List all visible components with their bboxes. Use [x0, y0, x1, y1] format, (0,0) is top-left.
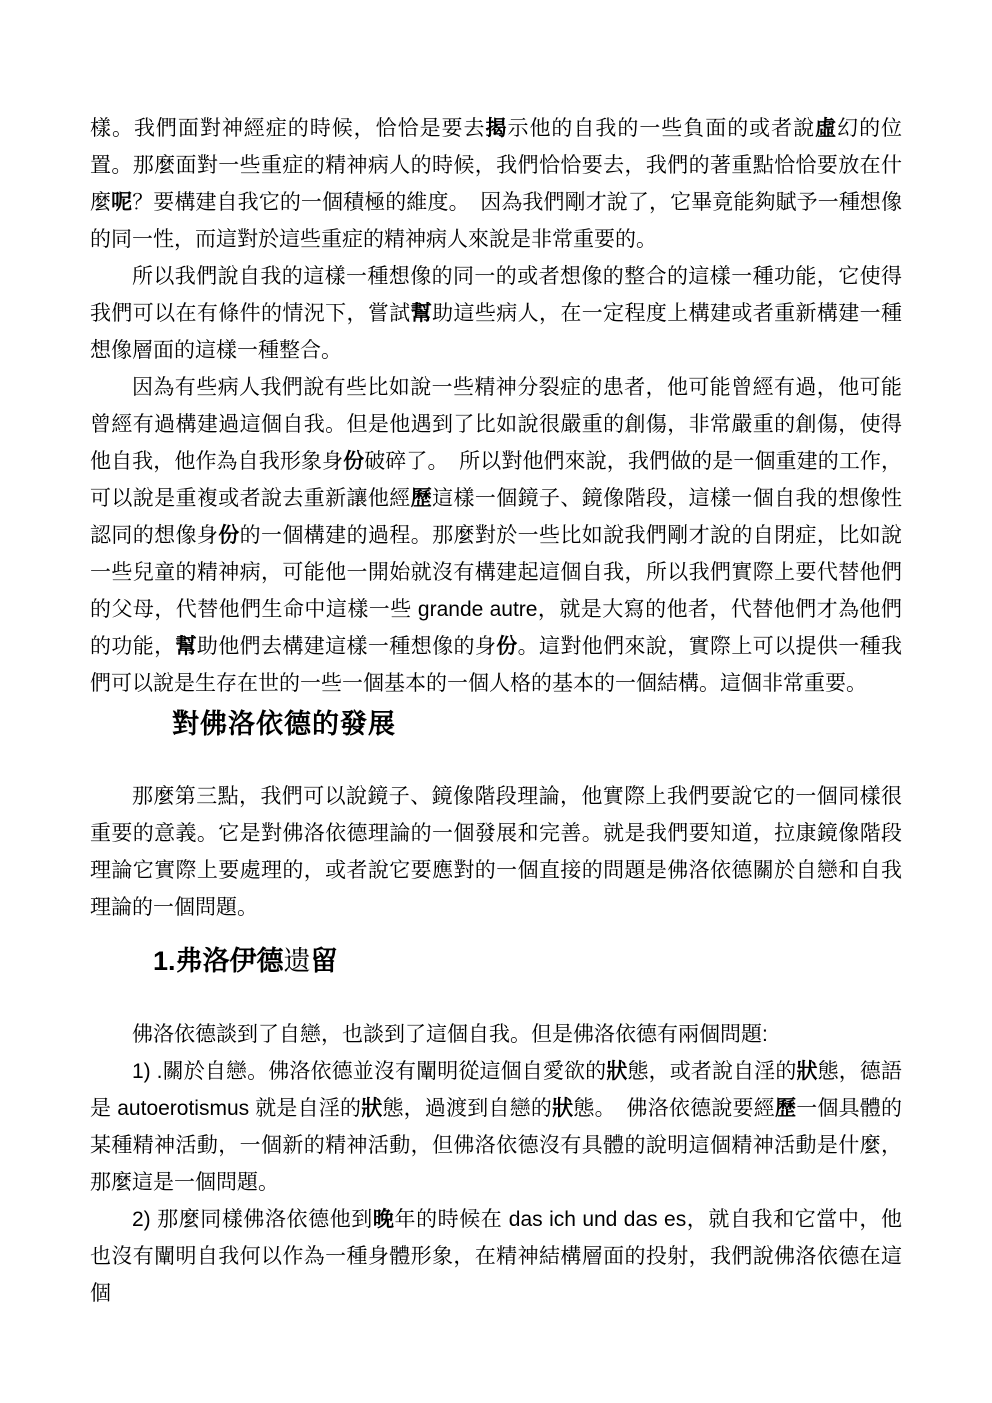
document-page: 樣。我們面對神經症的時候，恰恰是要去揭示他的自我的一些負面的或者說虛幻的位置。那…: [0, 0, 992, 1403]
text-run: 態，過渡到自戀的: [382, 1097, 552, 1120]
bold-text-run: 歷: [775, 1097, 796, 1120]
bold-text-run: 份: [218, 524, 239, 547]
text-run: 樣。我們面對神經症的時候，恰恰是要去: [90, 117, 486, 140]
text-run: 態，或者說自淫的: [627, 1060, 796, 1083]
bold-text-run: 狀: [552, 1097, 573, 1120]
paragraph: 那麼第三點，我們可以說鏡子、鏡像階段理論，他實際上我們要說它的一個同樣很重要的意…: [90, 778, 902, 926]
bold-text-run: 呢: [111, 191, 132, 214]
text-run: 遗: [284, 946, 311, 976]
text-run: 態。 佛洛依德說要經: [573, 1097, 775, 1120]
bold-text-run: 對佛洛依德的發展: [172, 709, 396, 739]
bold-text-run: 狀: [361, 1097, 382, 1120]
paragraph: 2) 那麼同樣佛洛依德他到晚年的時候在 das ich und das es，就…: [90, 1201, 902, 1312]
bold-text-run: 揭: [486, 117, 508, 140]
bold-text-run: 1.弗洛伊德: [153, 946, 284, 976]
text-run: 1) .關於自戀。佛洛依德並沒有闡明從這個自愛欲的: [132, 1060, 606, 1083]
paragraph: 所以我們說自我的這樣一種想像的同一的或者想像的整合的這樣一種功能，它使得我們可以…: [90, 258, 902, 369]
bold-text-run: 份: [343, 450, 364, 473]
bold-text-run: 份: [496, 635, 517, 658]
bold-text-run: 幫: [411, 302, 432, 325]
text-run: 那麼第三點，我們可以說鏡子、鏡像階段理論，他實際上我們要說它的一個同樣很重要的意…: [90, 785, 902, 919]
text-run: 佛洛依德談到了自戀，也談到了這個自我。但是佛洛依德有兩個問題:: [132, 1023, 768, 1046]
section-heading: 對佛洛依德的發展: [172, 702, 902, 746]
text-run: 示他的自我的一些負面的或者說: [507, 117, 815, 140]
bold-text-run: 狀: [606, 1060, 627, 1083]
paragraph: 因為有些病人我們說有些比如說一些精神分裂症的患者，他可能曾經有過，他可能曾經有過…: [90, 369, 902, 702]
subsection-heading: 1.弗洛伊德遗留: [153, 939, 902, 983]
bold-text-run: 歷: [411, 487, 432, 510]
paragraph: 佛洛依德談到了自戀，也談到了這個自我。但是佛洛依德有兩個問題:: [90, 1016, 902, 1053]
bold-text-run: 晚: [373, 1208, 395, 1231]
text-run: ？要構建自我它的一個積極的維度。 因為我們剛才說了，它畢竟能夠賦予一種想像的同一…: [90, 191, 902, 251]
text-body: 樣。我們面對神經症的時候，恰恰是要去揭示他的自我的一些負面的或者說虛幻的位置。那…: [90, 110, 902, 1312]
paragraph: 1) .關於自戀。佛洛依德並沒有闡明從這個自愛欲的狀態，或者說自淫的狀態，德語是…: [90, 1053, 902, 1201]
bold-text-run: 幫: [176, 635, 197, 658]
text-run: 2) 那麼同樣佛洛依德他到: [132, 1208, 373, 1231]
text-run: 助他們去構建這樣一種想像的身: [197, 635, 496, 658]
bold-text-run: 留: [311, 946, 338, 976]
bold-text-run: 虛: [815, 117, 837, 140]
paragraph: 樣。我們面對神經症的時候，恰恰是要去揭示他的自我的一些負面的或者說虛幻的位置。那…: [90, 110, 902, 258]
bold-text-run: 狀: [797, 1060, 818, 1083]
